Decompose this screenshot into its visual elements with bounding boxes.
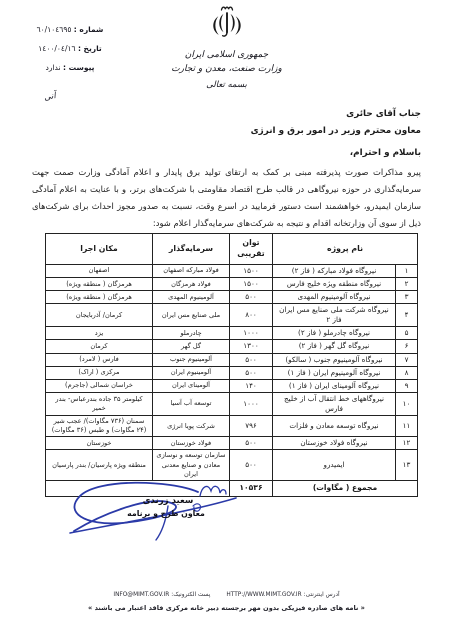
investor-cell: آلومینیوم المهدی xyxy=(153,291,230,304)
table-row: ۴نیروگاه شرکت ملی صنایع مس ایران فاز ۲۸۰… xyxy=(46,304,418,327)
location-cell: کرمان xyxy=(46,340,153,353)
location-cell: هرمزگان ( منطقه ویژه) xyxy=(46,291,153,304)
table-row: ۵نیروگاه چادرملو ( فاز ۲)۱۰۰۰چادرملویزد xyxy=(46,327,418,340)
investor-cell: فولاد مبارکه اصفهان xyxy=(153,265,230,278)
signer-title: معاون طرح و برنامه xyxy=(110,509,222,518)
project-cell: نیروگاه آلومینیوم جنوب ( سالکو) xyxy=(273,353,396,366)
investor-cell: آلومینیوم جنوب xyxy=(153,353,230,366)
iran-emblem-icon xyxy=(208,4,246,46)
investor-cell: آلومینیوم ایران xyxy=(153,366,230,379)
letterhead-center: جمهوری اسلامی ایران وزارت صنعت، معدن و ت… xyxy=(0,4,453,90)
table-row: ۱۱نیروگاه توسعه معادن و فلزات۷۹۶شرکت پوی… xyxy=(46,415,418,436)
investor-cell: توسعه آب آسیا xyxy=(153,392,230,415)
table-row: ۱۰نیروگاههای خط انتقال آب از خلیج فارس۱۰… xyxy=(46,392,418,415)
row-number: ۲ xyxy=(396,278,418,291)
row-number: ۶ xyxy=(396,340,418,353)
table-row: ۷نیروگاه آلومینیوم جنوب ( سالکو)۵۰۰آلومی… xyxy=(46,353,418,366)
row-number: ۹ xyxy=(396,379,418,392)
body-paragraph: پیرو مذاکرات صورت پذیرفته مبنی بر کمک به… xyxy=(32,164,421,232)
recipient-title: معاون محترم وزیر در امور برق و انرژی xyxy=(32,123,421,140)
power-cell: ۱۰۰۰ xyxy=(230,327,273,340)
footer-web-value: HTTP://WWW.MIMT.GOV.IR xyxy=(226,592,301,598)
letter-body: جناب آقای حائری معاون محترم وزیر در امور… xyxy=(32,106,421,232)
signer-name: سعید زرندی xyxy=(124,496,212,506)
project-cell: نیروگاه شرکت ملی صنایع مس ایران فاز ۲ xyxy=(273,304,396,327)
project-cell: نیروگاه گل گهر ( فاز ۲) xyxy=(273,340,396,353)
row-number: ۸ xyxy=(396,366,418,379)
location-cell: خراسان شمالی (جاجرم) xyxy=(46,379,153,392)
location-cell: خوزستان xyxy=(46,437,153,450)
location-cell: کیلومتر ۳۵ جاده بندرعباس- بندر خمیر xyxy=(46,392,153,415)
power-cell: ۱۰۰۰ xyxy=(230,392,273,415)
ministry-title: وزارت صنعت، معدن و تجارت xyxy=(0,64,453,74)
project-cell: نیروگاه آلومینای ایران ( فاز ۱) xyxy=(273,379,396,392)
power-cell: ۱۵۰۰ xyxy=(230,278,273,291)
investor-cell: شرکت پویا انرژی xyxy=(153,415,230,436)
table-row: ۱۲نیروگاه فولاد خوزستان۵۰۰فولاد خوزستانخ… xyxy=(46,437,418,450)
power-cell: ۵۰۰ xyxy=(230,353,273,366)
investor-cell: فولاد خوزستان xyxy=(153,437,230,450)
recipient-name: جناب آقای حائری xyxy=(32,106,421,123)
power-cell: ۸۰۰ xyxy=(230,304,273,327)
projects-table-body: ۱نیروگاه فولاد مبارکه ( فاز ۲)۱۵۰۰فولاد … xyxy=(46,265,418,481)
total-label: مجموع ( مگاوات) xyxy=(273,481,418,497)
table-header-row: نام پروژه توان تقریبی سرمایه‌گذار مکان ا… xyxy=(46,234,418,265)
signature-block: سعید زرندی معاون طرح و برنامه xyxy=(50,474,260,542)
footer-web: آدرس اینترنتی: HTTP://WWW.MIMT.GOV.IR xyxy=(226,592,339,598)
location-cell: اصفهان xyxy=(46,265,153,278)
footer-email: پست الکترونیک: INFO@MIMT.GOV.IR xyxy=(113,592,210,598)
project-cell: نیروگاه آلومینیوم ایران ( فاز ۱) xyxy=(273,366,396,379)
footer-contact: آدرس اینترنتی: HTTP://WWW.MIMT.GOV.IR پس… xyxy=(0,592,453,598)
location-cell: مرکزی ( اراک) xyxy=(46,366,153,379)
table-row: ۹نیروگاه آلومینای ایران ( فاز ۱)۱۴۰آلومی… xyxy=(46,379,418,392)
footer-email-value: INFO@MIMT.GOV.IR xyxy=(113,592,169,598)
row-number: ۱۱ xyxy=(396,415,418,436)
col-investor-header: سرمایه‌گذار xyxy=(153,234,230,265)
project-cell: نیروگاه چادرملو ( فاز ۲) xyxy=(273,327,396,340)
power-cell: ۱۵۰۰ xyxy=(230,265,273,278)
footer-disclaimer: « نامه های صادره فیزیکی بدون مهر برجسته … xyxy=(0,604,453,612)
row-number: ۱۲ xyxy=(396,437,418,450)
priority-mark: آنی xyxy=(43,91,56,103)
country-title: جمهوری اسلامی ایران xyxy=(0,50,453,60)
col-power-header: توان تقریبی xyxy=(230,234,273,265)
power-cell: ۱۳۰۰ xyxy=(230,340,273,353)
location-cell: فارس ( لامرد) xyxy=(46,353,153,366)
table-row: ۶نیروگاه گل گهر ( فاز ۲)۱۳۰۰گل گهرکرمان xyxy=(46,340,418,353)
col-project-header: نام پروژه xyxy=(273,234,418,265)
col-location-header: مکان اجرا xyxy=(46,234,153,265)
projects-table: نام پروژه توان تقریبی سرمایه‌گذار مکان ا… xyxy=(45,233,418,497)
row-number: ۱ xyxy=(396,265,418,278)
location-cell: یزد xyxy=(46,327,153,340)
row-number: ۴ xyxy=(396,304,418,327)
investor-cell: چادرملو xyxy=(153,327,230,340)
table-row: ۲نیروگاه منطقه ویژه خلیج فارس۱۵۰۰فولاد ه… xyxy=(46,278,418,291)
project-cell: نیروگاه منطقه ویژه خلیج فارس xyxy=(273,278,396,291)
location-cell: سمنان (۷۳۶ مگاوات)/ عجب شیر (۲۴ مگاوات) … xyxy=(46,415,153,436)
row-number: ۱۳ xyxy=(396,450,418,481)
investor-cell: ملی صنایع مس ایران xyxy=(153,304,230,327)
row-number: ۱۰ xyxy=(396,392,418,415)
footer-email-label: پست الکترونیک: xyxy=(171,592,210,598)
table-row: ۱نیروگاه فولاد مبارکه ( فاز ۲)۱۵۰۰فولاد … xyxy=(46,265,418,278)
investor-cell: آلومینای ایران xyxy=(153,379,230,392)
project-cell: نیروگاه توسعه معادن و فلزات xyxy=(273,415,396,436)
row-number: ۷ xyxy=(396,353,418,366)
location-cell: هرمزگان ( منطقه ویژه) xyxy=(46,278,153,291)
location-cell: کرمان/ آذربایجان xyxy=(46,304,153,327)
letter-page: شماره : ٦٠/١٠٤٦٩٥ تاریخ : ١٤٠٠/٠٤/١٦ پیو… xyxy=(0,0,453,640)
power-cell: ۱۴۰ xyxy=(230,379,273,392)
row-number: ۳ xyxy=(396,291,418,304)
project-cell: نیروگاه فولاد خوزستان xyxy=(273,437,396,450)
power-cell: ۷۹۶ xyxy=(230,415,273,436)
project-cell: نیروگاه فولاد مبارکه ( فاز ۲) xyxy=(273,265,396,278)
power-cell: ۵۰۰ xyxy=(230,291,273,304)
footer-web-label: آدرس اینترنتی: xyxy=(304,592,340,598)
besmele-text: بسمه تعالی xyxy=(0,80,453,90)
project-cell: نیروگاه آلومینیوم المهدی xyxy=(273,291,396,304)
salutation: باسلام و احترام، xyxy=(32,145,421,162)
power-cell: ۵۰۰ xyxy=(230,437,273,450)
signature-scribble xyxy=(50,474,260,542)
investor-cell: فولاد هرمزگان xyxy=(153,278,230,291)
table-row: ۸نیروگاه آلومینیوم ایران ( فاز ۱)۵۰۰آلوم… xyxy=(46,366,418,379)
project-cell: نیروگاههای خط انتقال آب از خلیج فارس xyxy=(273,392,396,415)
power-cell: ۵۰۰ xyxy=(230,366,273,379)
row-number: ۵ xyxy=(396,327,418,340)
project-cell: ایمیدرو xyxy=(273,450,396,481)
table-row: ۳نیروگاه آلومینیوم المهدی۵۰۰آلومینیوم ال… xyxy=(46,291,418,304)
investor-cell: گل گهر xyxy=(153,340,230,353)
